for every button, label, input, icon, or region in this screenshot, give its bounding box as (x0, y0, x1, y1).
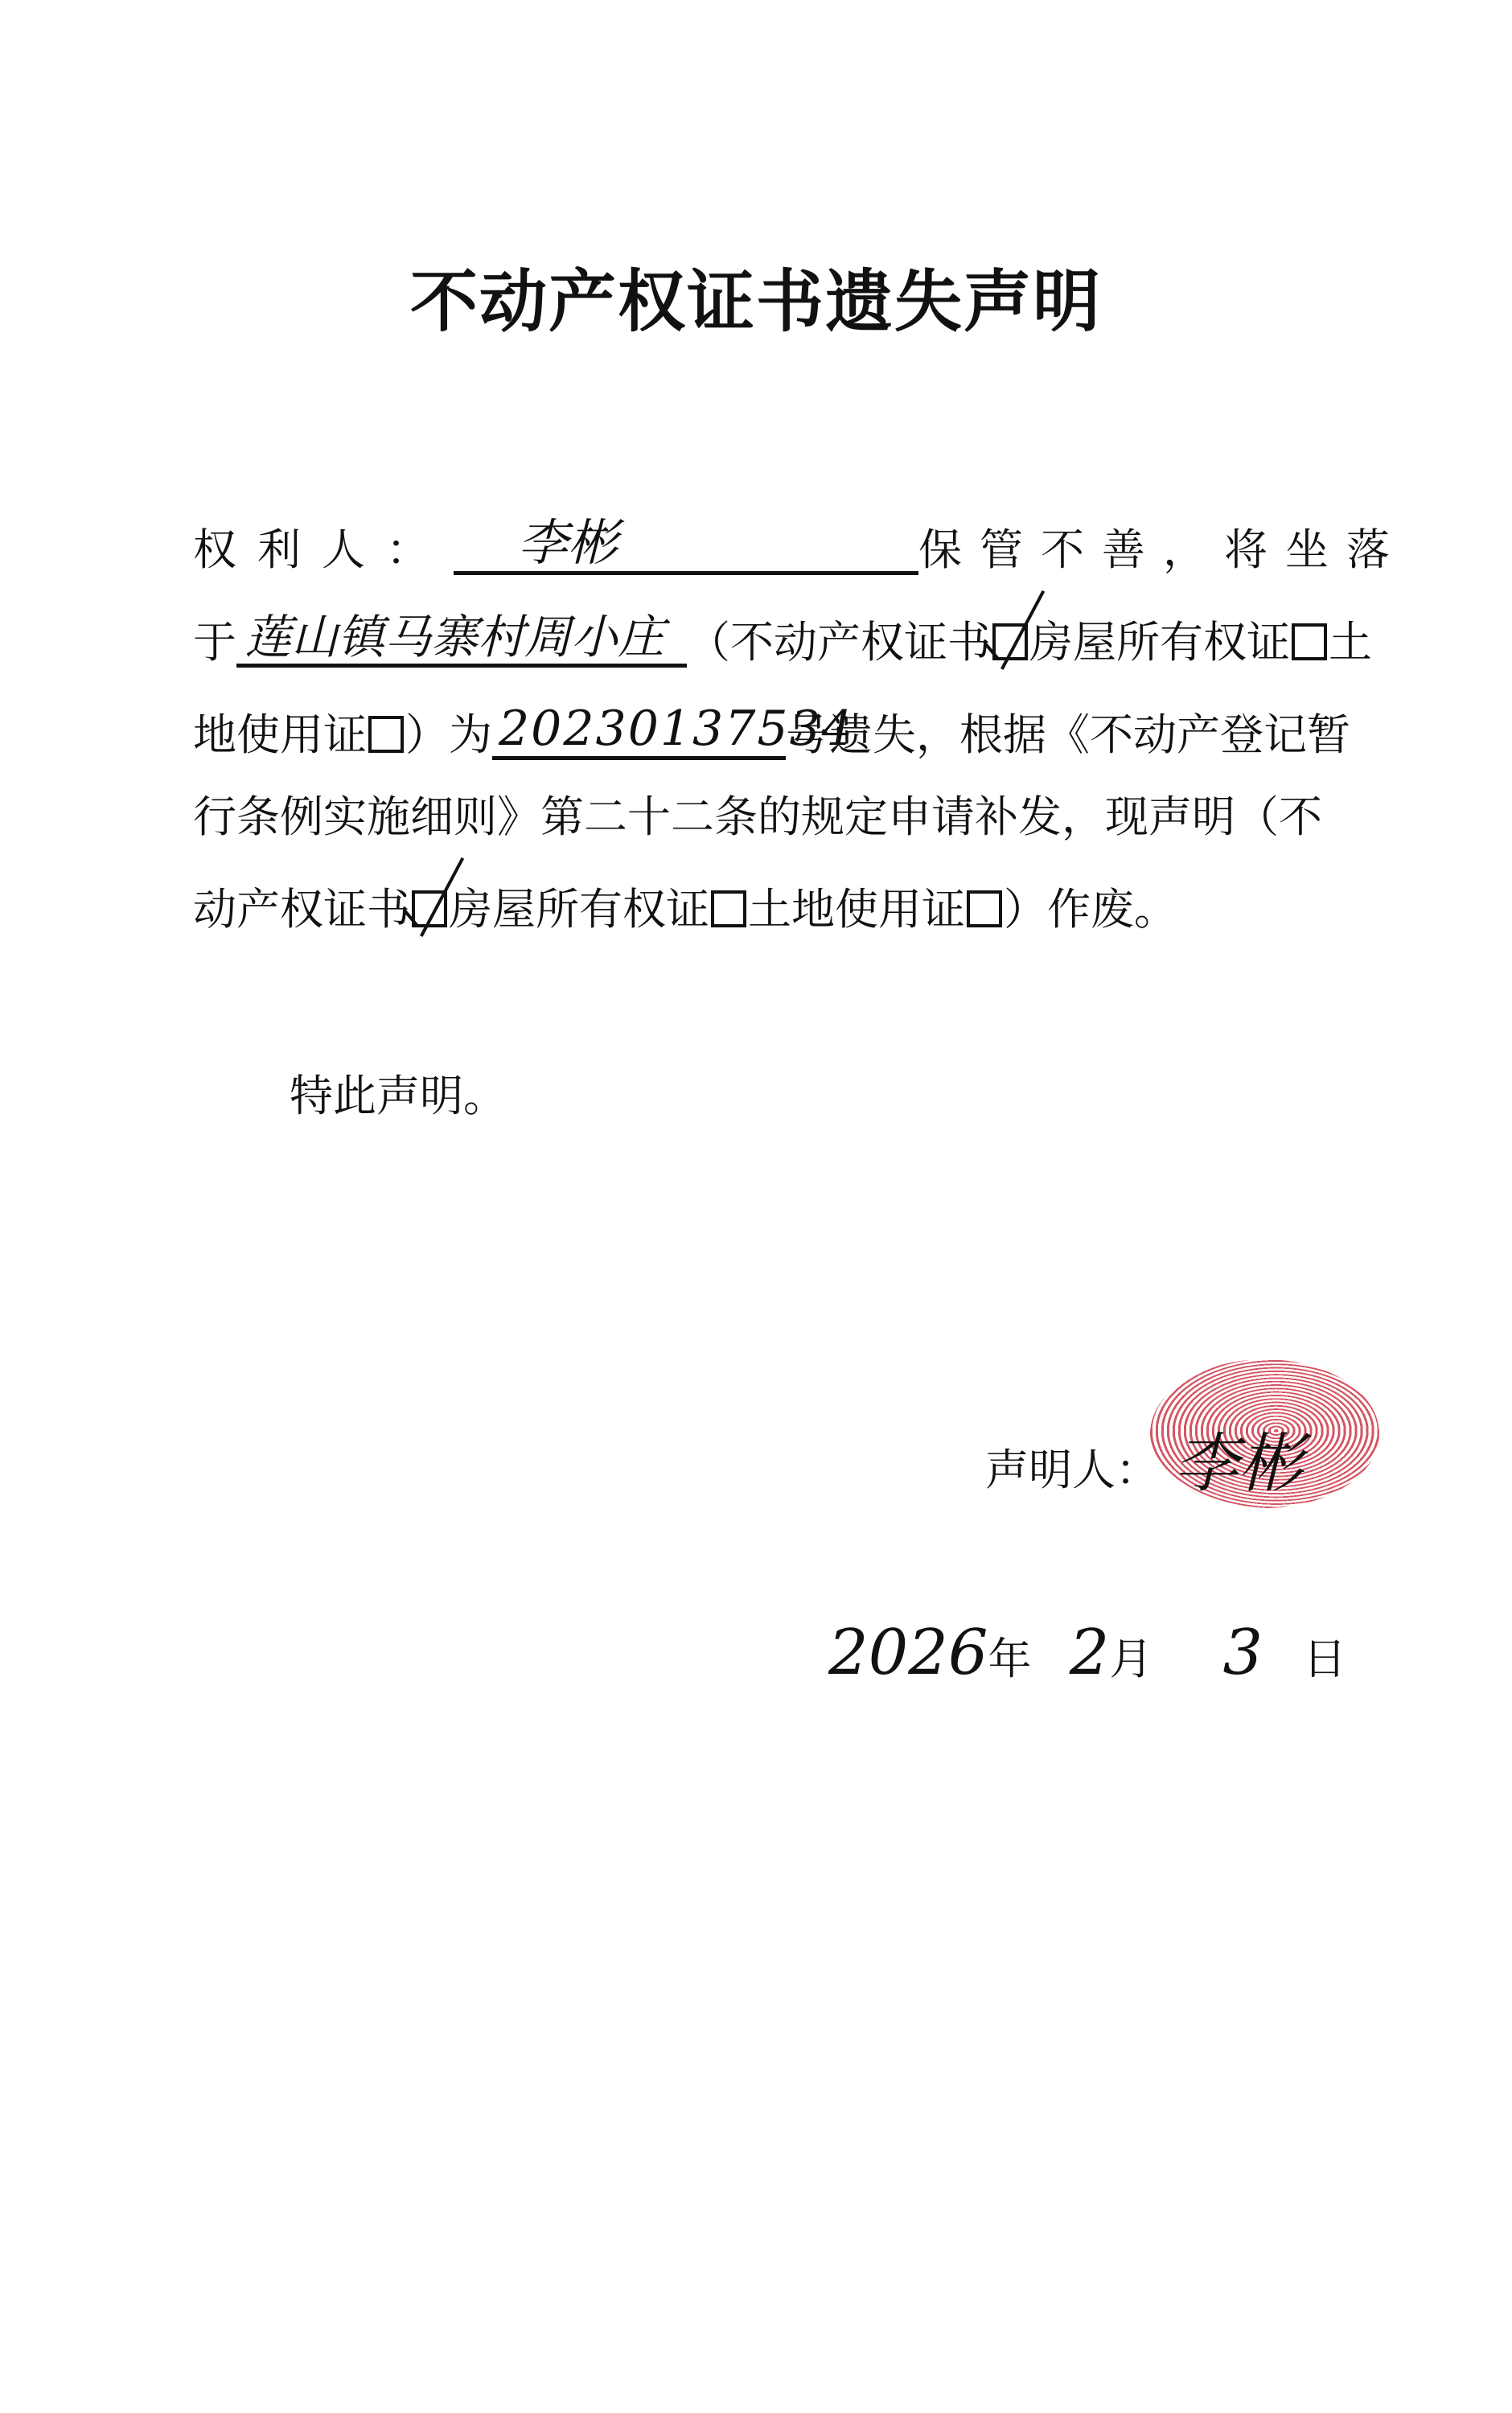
body-line-4: 行条例实施细则》第二十二条的规定申请补发，现声明（不 (193, 792, 1448, 842)
body-line-3: 地使用证）为20230137534号遗失，根据《不动产登记暂 (193, 700, 1448, 760)
line1-suffix: 保管不善，将坐落 (918, 524, 1407, 575)
checkbox-house-ownership-certificate (1292, 623, 1327, 660)
declarant-label: 声明人： (985, 1436, 1159, 1498)
checkbox-void-real-estate-certificate (412, 890, 447, 927)
closing-statement: 特此声明。 (290, 1062, 507, 1124)
address-handwritten: 莲山镇马寨村周小庄 (244, 614, 664, 660)
void-cert-label: 动产权证书 (193, 884, 410, 935)
body-line-5: 动产权证书房屋所有权证土地使用证）作废。 (193, 885, 1448, 935)
declaration-date: 2026年 2月 3日 (828, 1617, 1346, 1689)
body-line-2: 于莲山镇马寨村周小庄（不动产权证书房屋所有权证土 (193, 607, 1448, 668)
line3-suffix: 号遗失，根据《不动产登记暂 (786, 709, 1350, 760)
void-house-ownership-label: 房屋所有权证 (449, 884, 709, 935)
option-house-ownership: 房屋所有权证 (1029, 617, 1290, 668)
certificate-number-field: 20230137534 (492, 700, 786, 760)
document-title: 不动产权证书遗失声明 (0, 261, 1512, 343)
month-label: 月 (1109, 1634, 1152, 1684)
owner-label: 权利人： (193, 524, 450, 575)
paren-close-for: ）为 (405, 709, 492, 760)
declarant-signature: 李彬 (1174, 1412, 1303, 1504)
owner-name-handwritten: 李彬 (518, 518, 618, 568)
date-year: 2026 (828, 1617, 988, 1689)
certificate-number-handwritten: 20230137534 (499, 705, 854, 753)
address-field: 莲山镇马寨村周小庄 (236, 607, 687, 668)
body-line-1: 权利人：李彬保管不善，将坐落 (193, 515, 1448, 575)
location-prefix: 于 (193, 617, 236, 668)
option-land-prefix: 土 (1329, 617, 1372, 668)
owner-name-field: 李彬 (454, 515, 918, 575)
checkbox-void-land-use (967, 890, 1002, 927)
day-label: 日 (1303, 1634, 1346, 1684)
void-land-use-label: 土地使用证 (748, 884, 965, 935)
checkbox-land-use-certificate (368, 716, 404, 753)
date-month: 2 (1070, 1617, 1110, 1689)
void-suffix: ）作废。 (1004, 884, 1177, 935)
paren-open-cert: （不动产权证书 (687, 617, 991, 668)
checkbox-real-estate-certificate (992, 623, 1028, 660)
year-label: 年 (988, 1634, 1032, 1684)
checkbox-void-house-ownership (711, 890, 746, 927)
land-use-label: 地使用证 (193, 709, 367, 760)
date-day: 3 (1223, 1617, 1263, 1689)
declaration-page: 不动产权证书遗失声明 权利人：李彬保管不善，将坐落 于莲山镇马寨村周小庄（不动产… (0, 0, 1512, 2413)
